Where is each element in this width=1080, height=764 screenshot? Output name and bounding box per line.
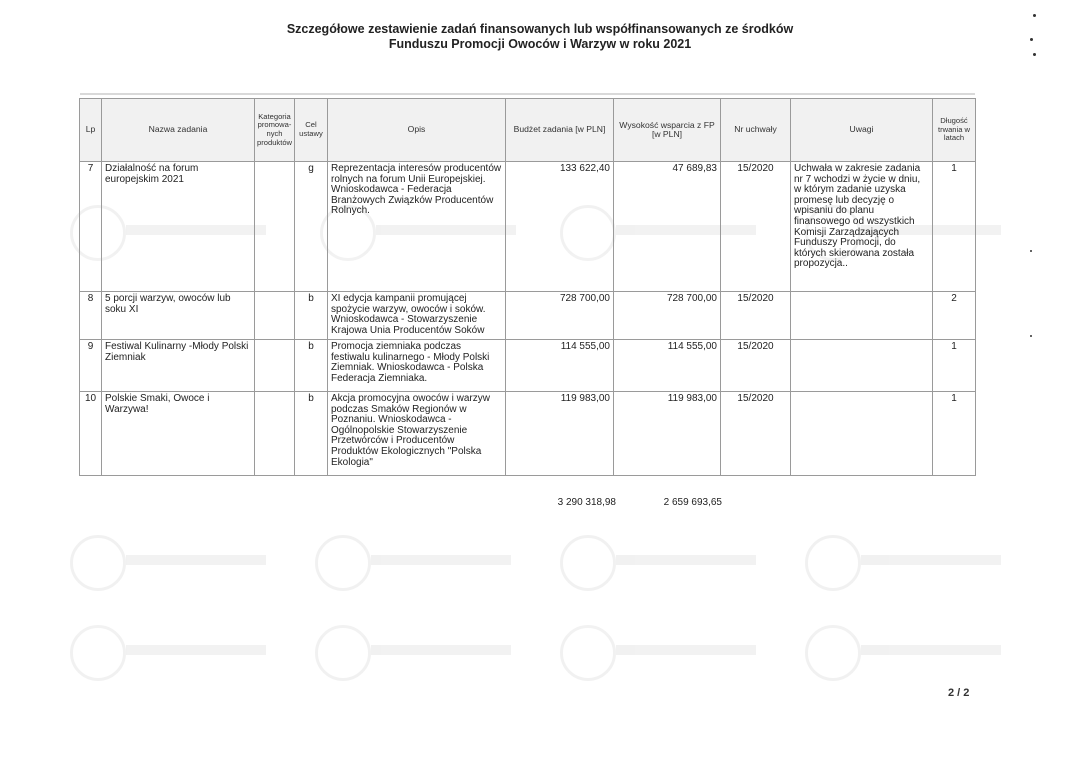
cell-nazwa: Działalność na forum europejskim 2021: [102, 162, 255, 292]
cell-dlugosc: 1: [933, 162, 976, 292]
watermark-logo: [560, 620, 760, 680]
scan-speck: [1033, 14, 1036, 17]
cell-nazwa: Festiwal Kulinarny -Młody Polski Ziemnia…: [102, 340, 255, 392]
header-nr-uchwaly: Nr uchwały: [721, 99, 791, 162]
cell-uwagi: Uchwała w zakresie zadania nr 7 wchodzi …: [791, 162, 933, 292]
cell-nr-uchwaly: 15/2020: [721, 340, 791, 392]
table-top-rule: [80, 93, 975, 95]
watermark-logo: [70, 620, 270, 680]
cell-dlugosc: 2: [933, 292, 976, 340]
header-wysokosc-wsparcia: Wysokość wsparcia z FP [w PLN]: [614, 99, 721, 162]
cell-nazwa: Polskie Smaki, Owoce i Warzywa!: [102, 392, 255, 476]
header-kategoria: Kategoria promowa-nych produktów: [255, 99, 295, 162]
cell-lp: 10: [80, 392, 102, 476]
cell-budzet: 133 622,40: [506, 162, 614, 292]
cell-opis: XI edycja kampanii promującej spożycie w…: [328, 292, 506, 340]
cell-wysokosc: 114 555,00: [614, 340, 721, 392]
cell-wysokosc: 47 689,83: [614, 162, 721, 292]
cell-cel: b: [295, 340, 328, 392]
cell-kategoria: [255, 162, 295, 292]
watermark-logo: [315, 620, 515, 680]
cell-uwagi: [791, 340, 933, 392]
cell-opis: Promocja ziemniaka podczas festiwalu kul…: [328, 340, 506, 392]
table-row: 7 Działalność na forum europejskim 2021 …: [80, 162, 976, 292]
cell-wysokosc: 119 983,00: [614, 392, 721, 476]
header-opis: Opis: [328, 99, 506, 162]
header-nazwa-zadania: Nazwa zadania: [102, 99, 255, 162]
scan-speck: [1033, 53, 1036, 56]
cell-budzet: 114 555,00: [506, 340, 614, 392]
cell-dlugosc: 1: [933, 392, 976, 476]
cell-nazwa: 5 porcji warzyw, owoców lub soku XI: [102, 292, 255, 340]
scan-speck: [1030, 335, 1032, 337]
tasks-table: Lp Nazwa zadania Kategoria promowa-nych …: [79, 98, 976, 476]
cell-kategoria: [255, 392, 295, 476]
table-header-row: Lp Nazwa zadania Kategoria promowa-nych …: [80, 99, 976, 162]
total-wysokosc-wsparcia: 2 659 693,65: [620, 497, 722, 508]
cell-nr-uchwaly: 15/2020: [721, 392, 791, 476]
scan-speck: [1030, 250, 1032, 252]
cell-wysokosc: 728 700,00: [614, 292, 721, 340]
title-line-2: Funduszu Promocji Owoców i Warzyw w roku…: [0, 37, 1080, 52]
cell-nr-uchwaly: 15/2020: [721, 292, 791, 340]
header-uwagi: Uwagi: [791, 99, 933, 162]
page-indicator: 2 / 2: [948, 687, 969, 699]
header-budzet: Budżet zadania [w PLN]: [506, 99, 614, 162]
watermark-logo: [560, 530, 760, 590]
cell-cel: b: [295, 392, 328, 476]
table-row: 10 Polskie Smaki, Owoce i Warzywa! b Akc…: [80, 392, 976, 476]
total-budzet: 3 290 318,98: [520, 497, 616, 508]
table-row: 8 5 porcji warzyw, owoców lub soku XI b …: [80, 292, 976, 340]
watermark-logo: [315, 530, 515, 590]
cell-dlugosc: 1: [933, 340, 976, 392]
watermark-logo: [70, 530, 270, 590]
cell-kategoria: [255, 340, 295, 392]
cell-opis: Akcja promocyjna owoców i warzyw podczas…: [328, 392, 506, 476]
table-row: 9 Festiwal Kulinarny -Młody Polski Ziemn…: [80, 340, 976, 392]
cell-uwagi: [791, 392, 933, 476]
cell-kategoria: [255, 292, 295, 340]
watermark-logo: [805, 620, 1005, 680]
cell-nr-uchwaly: 15/2020: [721, 162, 791, 292]
cell-lp: 7: [80, 162, 102, 292]
header-dlugosc-trwania: Długość trwania w latach: [933, 99, 976, 162]
cell-cel: b: [295, 292, 328, 340]
watermark-logo: [805, 530, 1005, 590]
cell-lp: 9: [80, 340, 102, 392]
cell-uwagi: [791, 292, 933, 340]
title-line-1: Szczegółowe zestawienie zadań finansowan…: [0, 22, 1080, 37]
document-title: Szczegółowe zestawienie zadań finansowan…: [0, 22, 1080, 52]
cell-opis: Reprezentacja interesów producentów roln…: [328, 162, 506, 292]
header-cel-ustawy: Cel ustawy: [295, 99, 328, 162]
cell-lp: 8: [80, 292, 102, 340]
header-lp: Lp: [80, 99, 102, 162]
cell-cel: g: [295, 162, 328, 292]
cell-budzet: 728 700,00: [506, 292, 614, 340]
cell-budzet: 119 983,00: [506, 392, 614, 476]
